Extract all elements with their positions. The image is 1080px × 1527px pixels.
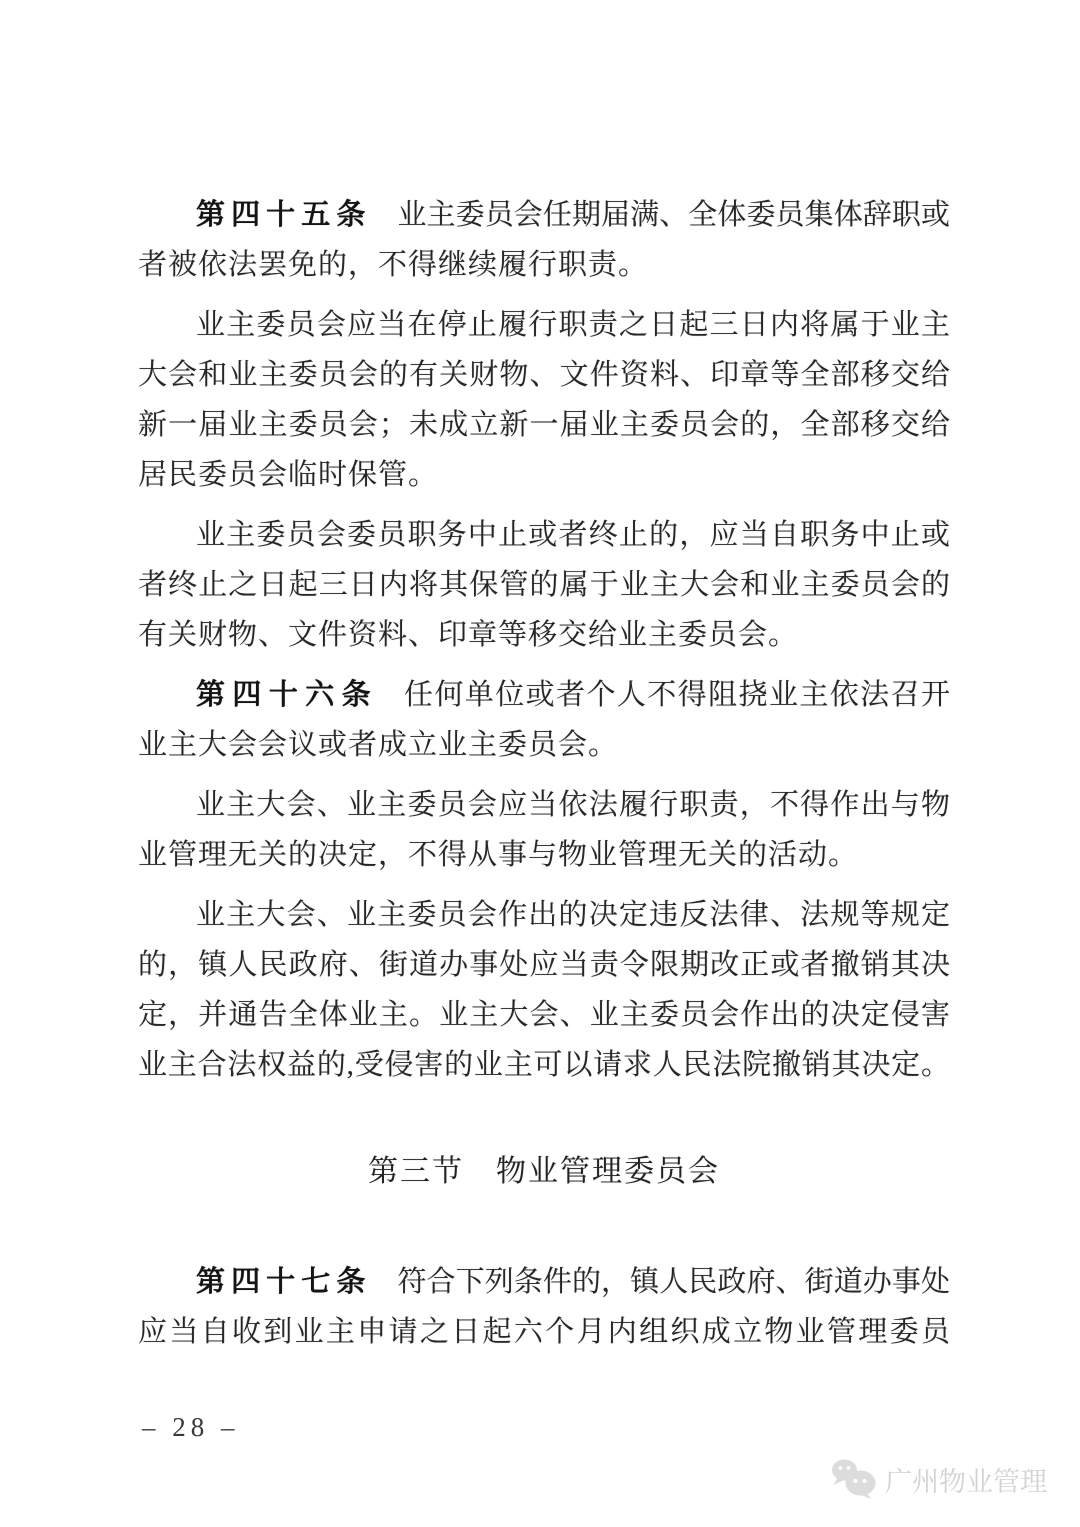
text-line: 新一届业主委员会；未成立新一届业主委员会的，全部移交给 [138, 400, 950, 450]
line-text: 业主委员会任期届满、全体委员集体辞职或 [397, 199, 950, 231]
text-line: 第四十六条任何单位或者个人不得阻挠业主依法召开 [138, 670, 950, 720]
wechat-icon [831, 1458, 878, 1500]
text-line: 者终止之日起三日内将其保管的属于业主大会和业主委员会的 [138, 560, 950, 610]
line-text: 者终止之日起三日内将其保管的属于业主大会和业主委员会的 [138, 569, 950, 601]
section-heading: 第三节 物业管理委员会 [138, 1147, 950, 1197]
text-line: 大会和业主委员会的有关财物、文件资料、印章等全部移交给 [138, 350, 950, 400]
watermark-text: 广州物业管理 [885, 1460, 1047, 1499]
line-text: 业管理无关的决定，不得从事与物业管理无关的活动。 [138, 839, 858, 871]
text-line: 有关财物、文件资料、印章等移交给业主委员会。 [138, 610, 950, 660]
watermark: 广州物业管理 [831, 1458, 1047, 1500]
document-page: 第四十五条业主委员会任期届满、全体委员集体辞职或 者被依法罢免的，不得继续履行职… [0, 0, 1080, 1527]
article-number: 第四十五条 [196, 199, 371, 231]
line-text: 业主大会会议或者成立业主委员会。 [138, 729, 618, 761]
text-line: 业主大会会议或者成立业主委员会。 [138, 720, 950, 770]
text-line: 业主合法权益的,受侵害的业主可以请求人民法院撤销其决定。 [138, 1040, 950, 1090]
line-text: 新一届业主委员会；未成立新一届业主委员会的，全部移交给 [138, 409, 950, 441]
article-number: 第四十七条 [196, 1266, 371, 1298]
line-text: 业主委员会委员职务中止或者终止的，应当自职务中止或 [196, 519, 950, 551]
text-line: 者被依法罢免的，不得继续履行职责。 [138, 240, 950, 290]
text-line: 居民委员会临时保管。 [138, 450, 950, 500]
text-line: 应当自收到业主申请之日起六个月内组织成立物业管理委员 [138, 1307, 950, 1357]
article-number: 第四十六条 [196, 679, 378, 711]
line-text: 的，镇人民政府、街道办事处应当责令限期改正或者撤销其决 [138, 949, 950, 981]
text-line: 业主大会、业主委员会作出的决定违反法律、法规等规定 [138, 890, 950, 940]
page-number: – 28 – [142, 1412, 240, 1443]
line-text: 业主大会、业主委员会应当依法履行职责，不得作出与物 [196, 789, 950, 821]
text-line: 业管理无关的决定，不得从事与物业管理无关的活动。 [138, 830, 950, 880]
text-line: 业主委员会委员职务中止或者终止的，应当自职务中止或 [138, 510, 950, 560]
line-text: 有关财物、文件资料、印章等移交给业主委员会。 [138, 619, 798, 651]
text-line: 定，并通告全体业主。业主大会、业主委员会作出的决定侵害 [138, 990, 950, 1040]
line-text: 业主委员会应当在停止履行职责之日起三日内将属于业主 [196, 309, 950, 341]
line-text: 者被依法罢免的，不得继续履行职责。 [138, 249, 648, 281]
line-text: 任何单位或者个人不得阻挠业主依法召开 [404, 679, 950, 711]
document-body: 第四十五条业主委员会任期届满、全体委员集体辞职或 者被依法罢免的，不得继续履行职… [138, 190, 950, 1357]
text-line: 业主委员会应当在停止履行职责之日起三日内将属于业主 [138, 300, 950, 350]
text-line: 业主大会、业主委员会应当依法履行职责，不得作出与物 [138, 780, 950, 830]
line-text: 符合下列条件的，镇人民政府、街道办事处 [397, 1266, 950, 1298]
text-line: 的，镇人民政府、街道办事处应当责令限期改正或者撤销其决 [138, 940, 950, 990]
line-text: 居民委员会临时保管。 [138, 459, 438, 491]
text-line: 第四十五条业主委员会任期届满、全体委员集体辞职或 [138, 190, 950, 240]
line-text: 应当自收到业主申请之日起六个月内组织成立物业管理委员 [138, 1316, 950, 1348]
line-text: 定，并通告全体业主。业主大会、业主委员会作出的决定侵害 [138, 999, 950, 1031]
line-text: 业主大会、业主委员会作出的决定违反法律、法规等规定 [196, 899, 950, 931]
line-text: 大会和业主委员会的有关财物、文件资料、印章等全部移交给 [138, 359, 950, 391]
line-text: 业主合法权益的,受侵害的业主可以请求人民法院撤销其决定。 [138, 1049, 950, 1081]
text-line: 第四十七条符合下列条件的，镇人民政府、街道办事处 [138, 1257, 950, 1307]
